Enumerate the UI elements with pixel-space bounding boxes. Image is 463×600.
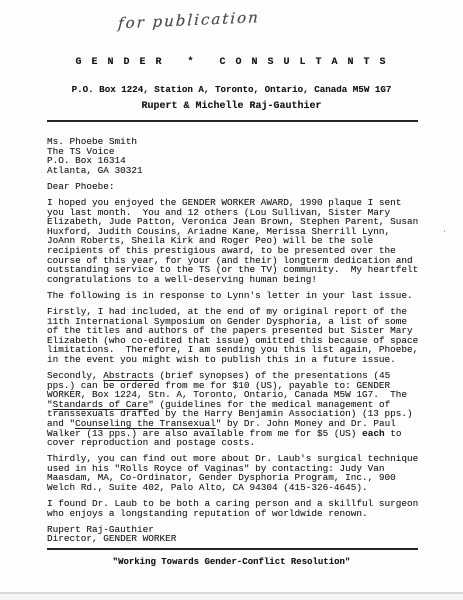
scanned-letter-page: for publication G E N D E R * C O N S U … bbox=[0, 0, 463, 592]
text-line: Atlanta, GA 30321 bbox=[47, 166, 432, 176]
scan-bottom-edge bbox=[0, 592, 463, 594]
paragraph: Secondly, Abstracts (brief synopses) of … bbox=[47, 371, 432, 448]
letterhead-divider-rule bbox=[47, 120, 418, 122]
paragraph: Thirdly, you can find out more about Dr.… bbox=[47, 454, 432, 492]
text-line: cover reproduction and postage costs. bbox=[47, 438, 432, 448]
paragraph: Firstly, I had included, at the end of m… bbox=[47, 307, 432, 365]
paragraph: I found Dr. Laub to be both a caring per… bbox=[47, 499, 432, 518]
letterhead-address: P.O. Box 1224, Station A, Toronto, Ontar… bbox=[0, 84, 463, 95]
text-line: Director, GENDER WORKER bbox=[47, 534, 432, 544]
letterhead-principals: Rupert & Michelle Raj-Gauthier bbox=[0, 101, 463, 112]
scan-artifact-mark: ’ bbox=[443, 230, 446, 240]
paragraph: I hoped you enjoyed the GENDER WORKER AW… bbox=[47, 198, 432, 284]
footer-tagline: "Working Towards Gender-Conflict Resolut… bbox=[0, 557, 463, 567]
letterhead-company-name: G E N D E R * C O N S U L T A N T S bbox=[0, 57, 463, 68]
letter-body: Ms. Phoebe SmithThe TS VoiceP.O. Box 163… bbox=[47, 137, 432, 544]
paragraph: The following is in response to Lynn's l… bbox=[47, 291, 432, 301]
text-line: Welch Rd., Suite 402, Palo Alto, CA 9430… bbox=[47, 483, 432, 493]
handwritten-annotation: for publication bbox=[118, 6, 319, 33]
letter-paragraphs: I hoped you enjoyed the GENDER WORKER AW… bbox=[47, 198, 432, 518]
footer-divider-rule bbox=[47, 548, 418, 550]
text-line: who enjoys a longstanding reputation of … bbox=[47, 509, 432, 519]
recipient-address-block: Ms. Phoebe SmithThe TS VoiceP.O. Box 163… bbox=[47, 137, 432, 175]
salutation: Dear Phoebe: bbox=[47, 182, 432, 192]
text-line: congratulations to a well-deserving huma… bbox=[47, 275, 432, 285]
text-line: in the event you might wish to publish t… bbox=[47, 355, 432, 365]
text-line: The following is in response to Lynn's l… bbox=[47, 291, 432, 301]
signature-block: Rupert Raj-GauthierDirector, GENDER WORK… bbox=[47, 525, 432, 544]
